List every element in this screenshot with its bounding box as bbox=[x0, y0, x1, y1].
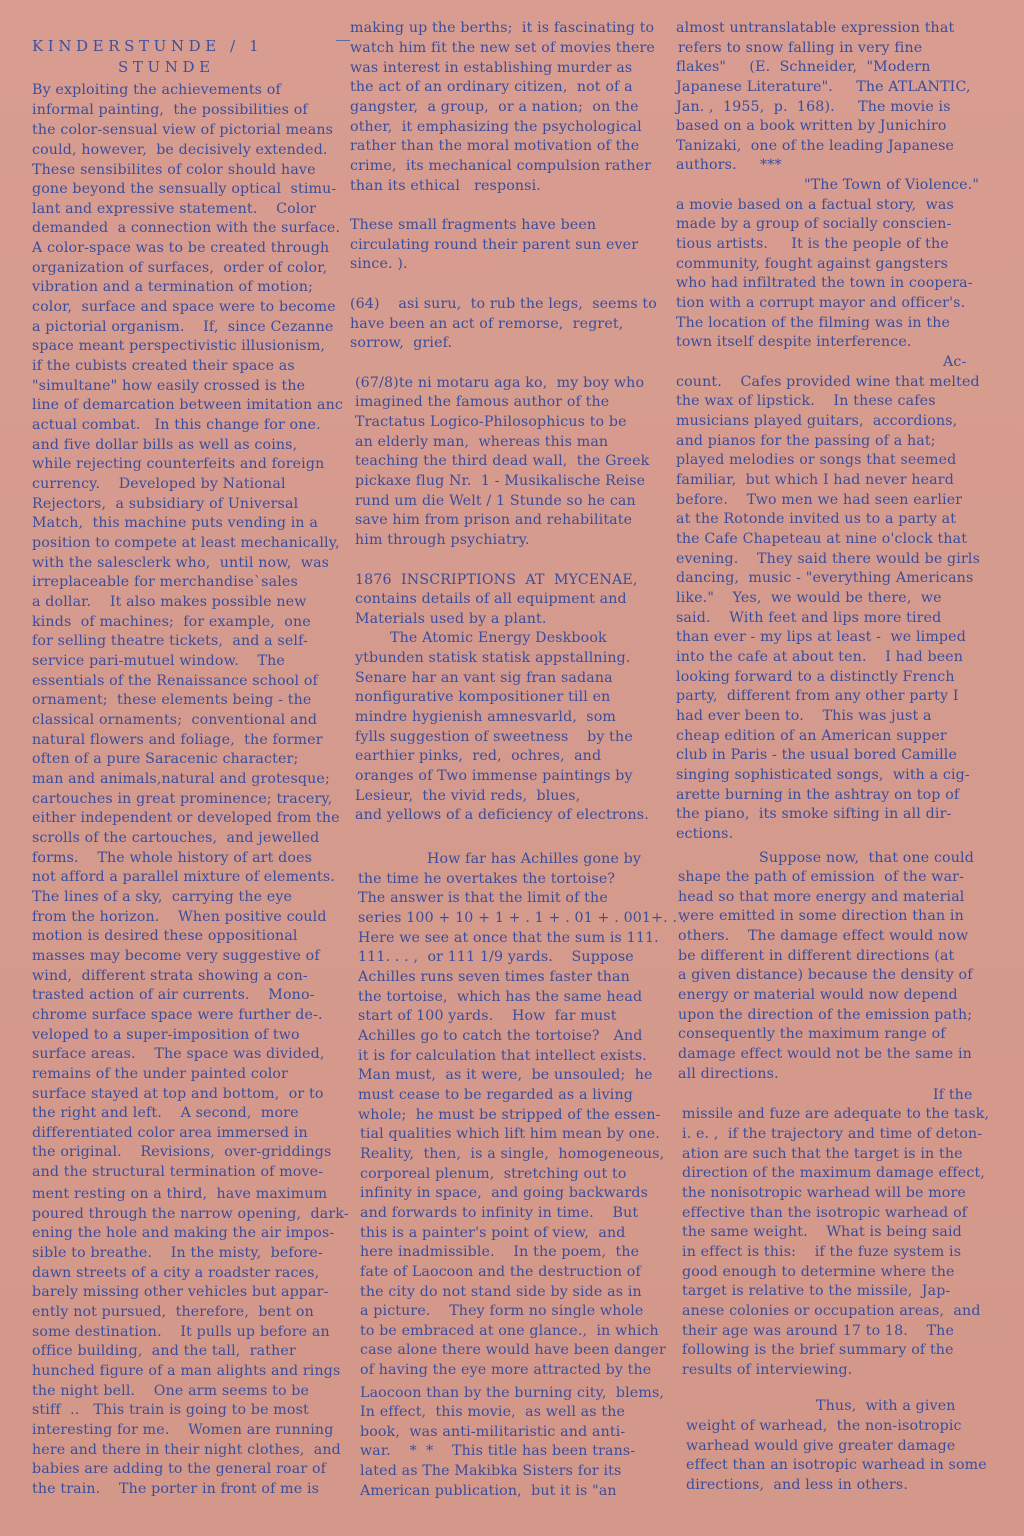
text-line: Materials used by a plant. bbox=[355, 610, 547, 630]
text-line: natural flowers and foliage, the former bbox=[32, 731, 323, 751]
text-line: Suppose now, that one could bbox=[759, 849, 974, 869]
text-line: musicians played guitars, accordions, bbox=[676, 412, 957, 432]
text-line: earthier pinks, red, ochres, and bbox=[355, 747, 601, 767]
text-line: Jan. , 1955, p. 168). The movie is bbox=[676, 98, 951, 118]
text-line: tial qualities which lift him mean by on… bbox=[360, 1125, 660, 1145]
text-line: gangster, a group, or a nation; on the bbox=[350, 98, 639, 118]
text-line: scrolls of the cartouches, and jewelled bbox=[32, 829, 319, 849]
text-line: must cease to be regarded as a living bbox=[358, 1086, 633, 1106]
text-line: currency. Developed by National bbox=[32, 475, 286, 495]
text-line: pickaxe flug Nr. 1 - Musikalische Reise bbox=[355, 472, 645, 492]
text-line: war. * * This title has been trans- bbox=[360, 1442, 635, 1462]
text-line: The lines of a sky, carrying the eye bbox=[32, 888, 292, 908]
text-line: almost untranslatable expression that bbox=[676, 19, 954, 39]
text-line: community, fought against gangsters bbox=[676, 255, 948, 275]
text-line: dawn streets of a city a roadster races, bbox=[32, 1264, 319, 1284]
text-line: good enough to determine where the bbox=[682, 1263, 955, 1283]
text-line: to be embraced at one glance., in which bbox=[360, 1322, 659, 1342]
text-line: party, different from any other party I bbox=[676, 687, 959, 707]
text-line: actual combat. In this change for one. bbox=[32, 416, 321, 436]
text-line: If the bbox=[933, 1086, 973, 1106]
text-line: all directions. bbox=[678, 1065, 779, 1085]
text-line: had ever been to. This was just a bbox=[676, 707, 932, 727]
text-line: the tortoise, which has the same head bbox=[358, 988, 642, 1008]
text-line: infinity in space, and going backwards bbox=[360, 1184, 648, 1204]
text-line: head so that more energy and material bbox=[678, 888, 965, 908]
text-line: imagined the famous author of the bbox=[355, 393, 609, 413]
text-line: of having the eye more attracted by the bbox=[360, 1361, 651, 1381]
text-line: here inadmissible. In the poem, the bbox=[360, 1243, 639, 1263]
text-line: here and there in their night clothes, a… bbox=[32, 1441, 341, 1461]
text-line: forms. The whole history of art does bbox=[32, 849, 312, 869]
text-line: Match, this machine puts vending in a bbox=[32, 514, 318, 534]
text-line: making up the berths; it is fascinating … bbox=[350, 19, 654, 39]
text-line: Tanizaki, one of the leading Japanese bbox=[676, 137, 954, 157]
text-line: lated as The Makibka Sisters for its bbox=[360, 1462, 621, 1482]
text-line: "The Town of Violence." bbox=[804, 176, 979, 196]
text-line: line of demarcation between imitation an… bbox=[32, 396, 343, 416]
text-line: ornament; these elements being - the bbox=[32, 691, 311, 711]
text-line: the act of an ordinary citizen, not of a bbox=[350, 78, 633, 98]
text-line: missile and fuze are adequate to the tas… bbox=[682, 1105, 989, 1125]
text-line: veloped to a super-imposition of two bbox=[32, 1026, 300, 1046]
text-line: results of interviewing. bbox=[682, 1361, 852, 1381]
text-line: ections. bbox=[676, 825, 733, 845]
text-line: damage effect would not be the same in bbox=[678, 1045, 972, 1065]
text-line: and yellows of a deficiency of electrons… bbox=[355, 806, 649, 826]
text-line: (64) asi suru, to rub the legs, seems to bbox=[350, 295, 657, 315]
text-line: 111. . . , or 111 1/9 yards. Suppose bbox=[358, 948, 634, 968]
text-line: than ever - my lips at least - we limped bbox=[676, 628, 966, 648]
text-line: ening the hole and making the air impos- bbox=[32, 1224, 334, 1244]
text-line: shape the path of emission of the war- bbox=[678, 868, 964, 888]
text-line: A color-space was to be created through bbox=[32, 239, 329, 259]
text-line: since. ). bbox=[350, 255, 408, 275]
text-line: energy or material would now depend bbox=[678, 986, 958, 1006]
text-line: cartouches in great prominence; tracery, bbox=[32, 790, 332, 810]
text-line: anese colonies or occupation areas, and bbox=[682, 1302, 981, 1322]
text-line: like." Yes, we would be there, we bbox=[676, 589, 942, 609]
text-line: space meant perspectivistic illusionism, bbox=[32, 337, 325, 357]
text-line: from the horizon. When positive could bbox=[32, 908, 327, 928]
text-line: evening. They said there would be girls bbox=[676, 550, 980, 570]
text-line: surface areas. The space was divided, bbox=[32, 1045, 325, 1065]
text-line: circulating round their parent sun ever bbox=[350, 236, 638, 256]
text-line: other, it emphasizing the psychological bbox=[350, 118, 642, 138]
text-line: with the salesclerk who, until now, was bbox=[32, 554, 329, 574]
text-line: and the structural termination of move- bbox=[32, 1163, 323, 1183]
text-line: How far has Achilles gone by bbox=[427, 850, 641, 870]
text-line: cheap edition of an American supper bbox=[676, 727, 947, 747]
text-line: a movie based on a factual story, was bbox=[676, 196, 954, 216]
text-line: it is for calculation that intellect exi… bbox=[358, 1047, 647, 1067]
text-line: ently not pursued, therefore, bent on bbox=[32, 1303, 314, 1323]
text-line: vibration and a termination of motion; bbox=[32, 278, 313, 298]
text-line: nonfigurative kompositioner till en bbox=[355, 688, 610, 708]
text-line: fate of Laocoon and the destruction of bbox=[360, 1263, 641, 1283]
text-line: man and animals,natural and grotesque; bbox=[32, 770, 330, 790]
text-line: Thus, with a given bbox=[816, 1397, 956, 1417]
text-line: at the Rotonde invited us to a party at bbox=[676, 510, 956, 530]
text-line: American publication, but it is "an bbox=[360, 1482, 617, 1502]
text-line: ytbunden statisk statisk appstallning. bbox=[355, 649, 631, 669]
text-line: the original. Revisions, over-griddings bbox=[32, 1143, 331, 1163]
text-line: masses may become very suggestive of bbox=[32, 947, 320, 967]
page-subtitle: STUNDE bbox=[118, 58, 215, 76]
text-line: not afford a parallel mixture of element… bbox=[32, 868, 335, 888]
text-line: series 100 + 10 + 1 + . 1 + . 01 + . 001… bbox=[358, 909, 686, 929]
text-line: upon the direction of the emission path; bbox=[678, 1006, 972, 1026]
text-line: while rejecting counterfeits and foreign bbox=[32, 455, 324, 475]
text-line: poured through the narrow opening, dark- bbox=[32, 1205, 349, 1225]
text-line: sorrow, grief. bbox=[350, 334, 452, 354]
text-line: were emitted in some direction than in bbox=[678, 907, 964, 927]
text-line: be different in different directions (at bbox=[678, 947, 954, 967]
text-line: "simultane" how easily crossed is the bbox=[32, 377, 305, 397]
text-line: effective than the isotropic warhead of bbox=[682, 1204, 967, 1224]
text-line: the time he overtakes the tortoise? bbox=[358, 870, 615, 890]
text-line: town itself despite interference. bbox=[676, 333, 912, 353]
text-line: rather than the moral motivation of the bbox=[350, 137, 639, 157]
text-line: who had infiltrated the town in coopera- bbox=[676, 274, 973, 294]
text-line: than its ethical responsi. bbox=[350, 177, 541, 197]
text-line: whole; he must be stripped of the essen- bbox=[358, 1106, 661, 1126]
text-line: this is a painter's point of view, and bbox=[360, 1224, 626, 1244]
text-line: position to compete at least mechanicall… bbox=[32, 534, 340, 554]
text-line: and pianos for the passing of a hat; bbox=[676, 432, 936, 452]
text-line: Achilles go to catch the tortoise? And bbox=[358, 1027, 643, 1047]
text-line: hunched figure of a man alights and ring… bbox=[32, 1362, 340, 1382]
text-line: played melodies or songs that seemed bbox=[676, 451, 956, 471]
text-line: essentials of the Renaissance school of bbox=[32, 672, 318, 692]
page-title: KINDERSTUNDE / 1 bbox=[32, 37, 263, 55]
text-line: a given distance) because the density of bbox=[678, 966, 973, 986]
text-line: gone beyond the sensually optical stimu- bbox=[32, 180, 336, 200]
text-line: arette burning in the ashtray on top of bbox=[676, 786, 959, 806]
text-line: organization of surfaces, order of color… bbox=[32, 259, 327, 279]
text-line: save him from prison and rehabilitate bbox=[355, 511, 632, 531]
margin-dash bbox=[336, 40, 350, 41]
text-line: The answer is that the limit of the bbox=[358, 889, 608, 909]
text-line: corporeal plenum, stretching out to bbox=[360, 1165, 627, 1185]
text-line: an elderly man, whereas this man bbox=[355, 433, 608, 453]
text-line: office building, and the tall, rather bbox=[32, 1342, 296, 1362]
text-line: Laocoon than by the burning city, blems, bbox=[360, 1384, 664, 1404]
text-line: a pictorial organism. If, since Cezanne bbox=[32, 318, 333, 338]
text-line: By exploiting the achievements of bbox=[32, 81, 281, 101]
text-line: Man must, as it were, be unsouled; he bbox=[358, 1066, 653, 1086]
text-line: babies are adding to the general roar of bbox=[32, 1460, 326, 1480]
text-line: differentiated color area immersed in bbox=[32, 1124, 308, 1144]
text-line: the night bell. One arm seems to be bbox=[32, 1382, 309, 1402]
text-line: tion with a corrupt mayor and officer's. bbox=[676, 294, 965, 314]
text-line: Here we see at once that the sum is 111. bbox=[358, 929, 659, 949]
text-line: These sensibilites of color should have bbox=[32, 161, 316, 181]
text-line: teaching the third dead wall, the Greek bbox=[355, 452, 649, 472]
text-line: rund um die Welt / 1 Stunde so he can bbox=[355, 492, 636, 512]
text-line: following is the brief summary of the bbox=[682, 1341, 954, 1361]
text-line: oranges of Two immense paintings by bbox=[355, 767, 633, 787]
text-line: directions, and less in others. bbox=[686, 1476, 908, 1496]
text-line: and five dollar bills as well as coins, bbox=[32, 436, 297, 456]
text-line: start of 100 yards. How far must bbox=[358, 1007, 617, 1027]
text-line: classical ornaments; conventional and bbox=[32, 711, 317, 731]
text-line: familiar, but which I had never heard bbox=[676, 471, 954, 491]
text-line: color, surface and space were to become bbox=[32, 298, 336, 318]
text-line: said. With feet and lips more tired bbox=[676, 609, 941, 629]
text-line: demanded a connection with the surface. bbox=[32, 219, 340, 239]
text-line: Senare har an vant sig fran sadana bbox=[355, 669, 613, 689]
text-line: stiff .. This train is going to be most bbox=[32, 1401, 309, 1421]
text-line: authors. *** bbox=[676, 156, 782, 176]
text-line: the train. The porter in front of me is bbox=[32, 1480, 319, 1500]
text-line: ment resting on a third, have maximum bbox=[32, 1185, 327, 1205]
text-line: the city do not stand side by side as in bbox=[360, 1283, 642, 1303]
text-line: informal painting, the possibilities of bbox=[32, 101, 308, 121]
text-line: fylls suggestion of sweetness by the bbox=[355, 728, 633, 748]
text-line: watch him fit the new set of movies ther… bbox=[350, 39, 655, 59]
text-line: Japanese Literature". The ATLANTIC, bbox=[676, 78, 971, 98]
text-line: book, was anti-militaristic and anti- bbox=[360, 1423, 625, 1443]
text-line: case alone there would have been danger bbox=[360, 1341, 666, 1361]
text-line: the nonisotropic warhead will be more bbox=[682, 1184, 966, 1204]
text-line: have been an act of remorse, regret, bbox=[350, 315, 623, 335]
document-page: KINDERSTUNDE / 1 STUNDE By exploiting th… bbox=[0, 0, 1024, 1536]
text-line: motion is desired these oppositional bbox=[32, 927, 298, 947]
text-line: Achilles runs seven times faster than bbox=[358, 968, 630, 988]
text-line: the piano, its smoke sifting in all dir- bbox=[676, 805, 951, 825]
text-line: wind, different strata showing a con- bbox=[32, 967, 308, 987]
text-line: either independent or developed from the bbox=[32, 809, 340, 829]
text-line: i. e. , if the trajectory and time of de… bbox=[682, 1125, 982, 1145]
text-line: others. The damage effect would now bbox=[678, 927, 968, 947]
text-line: could, however, be decisively extended. bbox=[32, 141, 328, 161]
text-line: flakes" (E. Schneider, "Modern bbox=[676, 58, 931, 78]
text-line: Lesieur, the vivid reds, blues, bbox=[355, 787, 580, 807]
text-line: club in Paris - the usual bored Camille bbox=[676, 746, 957, 766]
text-line: a picture. They form no single whole bbox=[360, 1302, 643, 1322]
text-line: Reality, then, is a single, homogeneous, bbox=[360, 1145, 664, 1165]
text-line: and forwards to infinity in time. But bbox=[360, 1204, 638, 1224]
text-line: tious artists. It is the people of the bbox=[676, 235, 949, 255]
text-line: singing sophisticated songs, with a cig- bbox=[676, 766, 970, 786]
text-line: (67/8)te ni motaru aga ko, my boy who bbox=[355, 374, 644, 394]
text-line: surface stayed at top and bottom, or to bbox=[32, 1085, 324, 1105]
text-line: sible to breathe. In the misty, before- bbox=[32, 1244, 323, 1264]
text-line: kinds of machines; for example, one bbox=[32, 613, 311, 633]
text-line: him through psychiatry. bbox=[355, 531, 530, 551]
text-line: was interest in establishing murder as bbox=[350, 59, 632, 79]
text-line: consequently the maximum range of bbox=[678, 1025, 946, 1045]
text-line: warhead would give greater damage bbox=[686, 1437, 955, 1457]
text-line: looking forward to a distinctly French bbox=[676, 668, 955, 688]
text-line: a dollar. It also makes possible new bbox=[32, 593, 307, 613]
text-line: target is relative to the missile, Jap- bbox=[682, 1282, 950, 1302]
text-line: contains details of all equipment and bbox=[355, 590, 627, 610]
text-line: The Atomic Energy Deskbook bbox=[390, 629, 607, 649]
text-line: direction of the maximum damage effect, bbox=[682, 1164, 985, 1184]
text-line: the Cafe Chapeteau at nine o'clock that bbox=[676, 530, 967, 550]
text-line: 1876 INSCRIPTIONS AT MYCENAE, bbox=[355, 571, 638, 591]
text-line: based on a book written by Junichiro bbox=[676, 117, 947, 137]
text-line: the color-sensual view of pictorial mean… bbox=[32, 121, 333, 141]
text-line: the same weight. What is being said bbox=[682, 1223, 962, 1243]
text-line: the right and left. A second, more bbox=[32, 1104, 299, 1124]
text-line: In effect, this movie, as well as the bbox=[360, 1403, 625, 1423]
text-line: weight of warhead, the non-isotropic bbox=[686, 1417, 962, 1437]
text-line: remains of the under painted color bbox=[32, 1065, 288, 1085]
text-line: Rejectors, a subsidiary of Universal bbox=[32, 495, 298, 515]
text-line: count. Cafes provided wine that melted bbox=[676, 373, 980, 393]
text-line: their age was around 17 to 18. The bbox=[682, 1322, 954, 1342]
text-line: the wax of lipstick. In these cafes bbox=[676, 392, 936, 412]
text-line: often of a pure Saracenic character; bbox=[32, 750, 298, 770]
text-line: Tractatus Logico-Philosophicus to be bbox=[355, 413, 627, 433]
text-line: irreplaceable for merchandise`sales bbox=[32, 573, 298, 593]
text-line: barely missing other vehicles but appar- bbox=[32, 1283, 329, 1303]
text-line: dancing, music - "everything Americans bbox=[676, 569, 973, 589]
text-line: for selling theatre tickets, and a self- bbox=[32, 632, 308, 652]
text-line: some destination. It pulls up before an bbox=[32, 1323, 330, 1343]
text-line: if the cubists created their space as bbox=[32, 357, 295, 377]
text-line: lant and expressive statement. Color bbox=[32, 200, 316, 220]
text-line: mindre hygienish amnesvarld, som bbox=[355, 708, 616, 728]
text-line: made by a group of socially conscien- bbox=[676, 215, 952, 235]
text-line: refers to snow falling in very fine bbox=[678, 39, 922, 59]
text-line: effect than an isotropic warhead in some bbox=[686, 1456, 987, 1476]
text-line: crime, its mechanical compulsion rather bbox=[350, 157, 651, 177]
text-line: chrome surface space were further de-. bbox=[32, 1006, 323, 1026]
text-line: These small fragments have been bbox=[350, 216, 596, 236]
text-line: in effect is this: if the fuze system is bbox=[682, 1243, 961, 1263]
text-line: The location of the filming was in the bbox=[676, 314, 950, 334]
text-line: Ac- bbox=[943, 353, 966, 373]
text-line: into the cafe at about ten. I had been bbox=[676, 648, 963, 668]
text-line: trasted action of air currents. Mono- bbox=[32, 986, 315, 1006]
text-line: ation are such that the target is in the bbox=[682, 1145, 963, 1165]
text-line: service pari-mutuel window. The bbox=[32, 652, 285, 672]
text-line: before. Two men we had seen earlier bbox=[676, 491, 962, 511]
text-line: interesting for me. Women are running bbox=[32, 1421, 333, 1441]
